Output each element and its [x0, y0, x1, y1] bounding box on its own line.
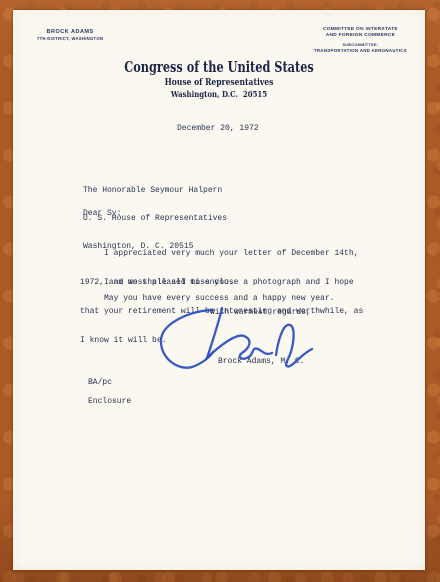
framed-letter-photo: BROCK ADAMS 7TH DISTRICT, WASHINGTON COM…: [0, 0, 440, 582]
masthead-subtitle: House of Representatives: [54, 77, 384, 88]
paragraph-1-line-1: I appreciated very much your letter of D…: [80, 249, 358, 259]
letter-page: BROCK ADAMS 7TH DISTRICT, WASHINGTON COM…: [13, 10, 425, 570]
committee-line-2: AND FOREIGN COMMERCE: [314, 33, 407, 39]
masthead-city: Washington, D.C. 20515: [50, 90, 388, 100]
subcommittee-name: TRANSPORTATION AND AERONAUTICS: [314, 48, 407, 53]
recipient-line-1: The Honorable Seymour Halpern: [83, 186, 227, 195]
enclosure-note: Enclosure: [88, 397, 131, 407]
subcommittee-label: SUBCOMMITTEE:: [314, 43, 407, 47]
handwritten-signature-ink: [148, 301, 323, 377]
masthead-title: Congress of the United States: [58, 59, 379, 76]
member-district: 7TH DISTRICT, WASHINGTON: [37, 36, 103, 41]
member-name: BROCK ADAMS: [37, 29, 103, 35]
letter-date: December 20, 1972: [177, 124, 259, 134]
letterhead-member-block: BROCK ADAMS 7TH DISTRICT, WASHINGTON: [37, 29, 103, 41]
letterhead-committee-block: COMMITTEE ON INTERSTATE AND FOREIGN COMM…: [314, 27, 407, 53]
reference-initials: BA/pc: [88, 378, 112, 388]
paragraph-2-line-1: I am most pleased to enclose a photograp…: [80, 278, 363, 288]
salutation: Dear Sy:: [83, 209, 121, 219]
